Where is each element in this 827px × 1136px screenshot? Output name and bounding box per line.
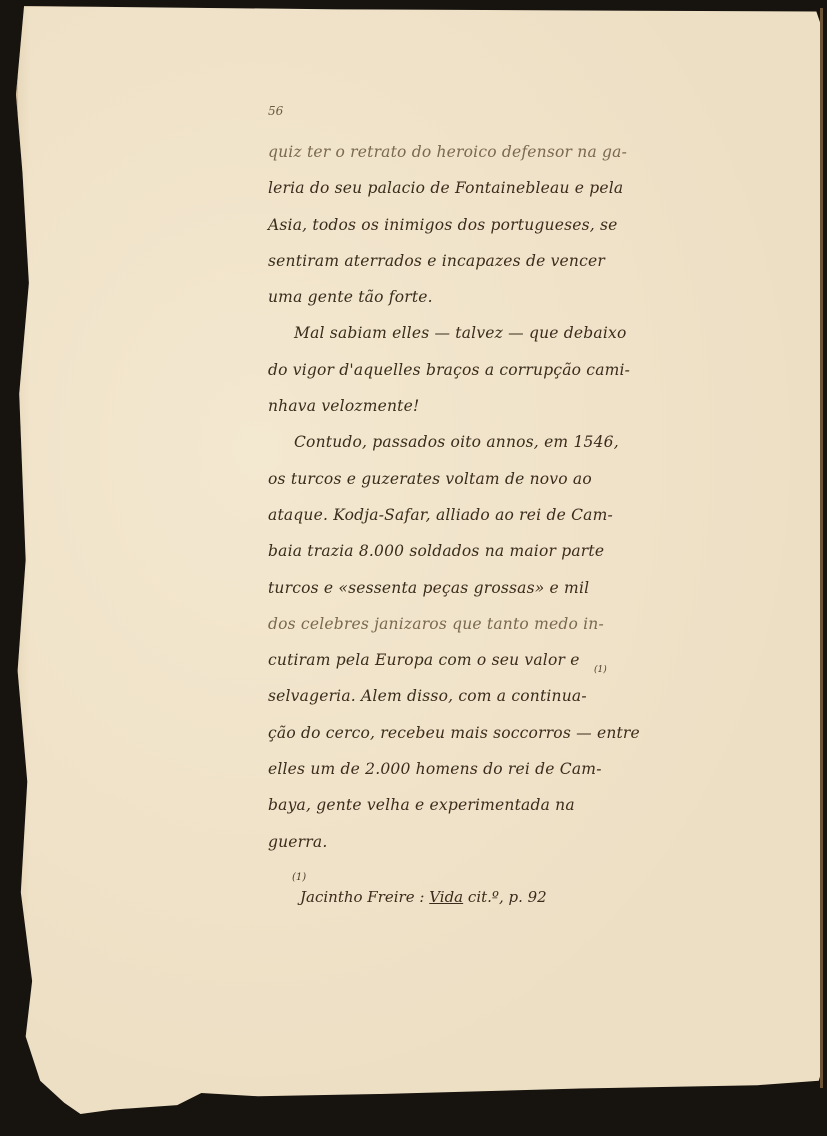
footnote-marker: (1) bbox=[292, 872, 306, 883]
text-line: os turcos e guzerates voltam de novo ao bbox=[268, 461, 728, 497]
text-line: leria do seu palacio de Fontainebleau e … bbox=[268, 170, 728, 206]
text-line: ção do cerco, recebeu mais soccorros — e… bbox=[268, 715, 728, 751]
text-line: baia trazia 8.000 soldados na maior part… bbox=[268, 533, 728, 569]
footnote-citation: cit.º, p. 92 bbox=[468, 888, 547, 906]
text-line: nhava velozmente! bbox=[268, 388, 728, 424]
text-line: turcos e «sessenta peças grossas» e mil bbox=[268, 570, 728, 606]
text-line: ataque. Kodja-Safar, alliado ao rei de C… bbox=[268, 497, 728, 533]
text-line: quiz ter o retrato do heroico defensor n… bbox=[268, 134, 728, 170]
text-line: elles um de 2.000 homens do rei de Cam- bbox=[268, 751, 728, 787]
text-line: Mal sabiam elles — talvez — que debaixo bbox=[268, 315, 728, 351]
footnote-reference: (1) bbox=[594, 665, 607, 675]
text-line: sentiram aterrados e incapazes de vencer bbox=[268, 243, 728, 279]
footnote-work-title: Vida bbox=[429, 888, 463, 906]
text-line: cutiram pela Europa com o seu valor e bbox=[268, 642, 728, 678]
text-line: Asia, todos os inimigos dos portugueses,… bbox=[268, 207, 728, 243]
footnote-author: Jacintho Freire : bbox=[300, 888, 424, 906]
text-line: baya, gente velha e experimentada na bbox=[268, 787, 728, 823]
text-line: uma gente tão forte. bbox=[268, 279, 728, 315]
text-line: do vigor d'aquelles braços a corrupção c… bbox=[268, 352, 728, 388]
footnote: Jacintho Freire : Vida cit.º, p. 92 bbox=[300, 888, 547, 906]
text-line: selvageria. Alem disso, com a continua- bbox=[268, 678, 728, 714]
body-text: quiz ter o retrato do heroico defensor n… bbox=[268, 134, 728, 860]
text-line: Contudo, passados oito annos, em 1546, bbox=[268, 424, 728, 460]
manuscript-scan: 56 quiz ter o retrato do heroico defenso… bbox=[0, 0, 827, 1136]
text-line: dos celebres janizaros que tanto medo in… bbox=[268, 606, 728, 642]
text-line: guerra. bbox=[268, 824, 728, 860]
page-edge bbox=[820, 8, 823, 1088]
page-number: 56 bbox=[268, 104, 283, 118]
